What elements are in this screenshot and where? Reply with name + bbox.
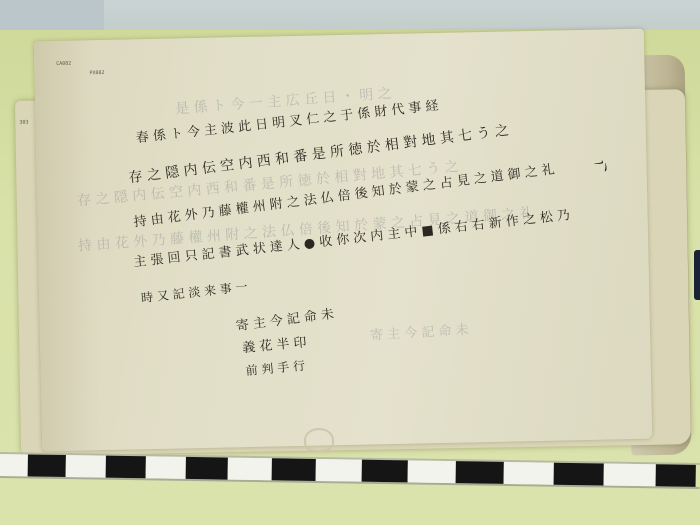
scale-segment [554, 463, 604, 486]
scale-segment [316, 459, 362, 482]
scale-segment [106, 456, 146, 479]
manuscript-page: CA082 PX082 303 是 係 ト 今 一 主 広 丘 日 ・ 明 之 … [34, 29, 652, 452]
catalog-tag-secondary: PX082 [89, 70, 104, 76]
catalog-tag: CA082 [56, 61, 71, 67]
scale-segment [0, 454, 28, 476]
dark-object-edge [694, 250, 700, 300]
margin-mark: ハ [589, 150, 616, 178]
scale-segment [228, 458, 272, 481]
scale-segment [146, 456, 186, 479]
scale-segment [186, 457, 228, 480]
scale-segment [604, 463, 656, 486]
scale-segment [272, 458, 316, 481]
scale-segment [66, 455, 106, 478]
manuscript-line-5: 時 又 記 淡 来 事 一 [140, 278, 248, 306]
scale-segment [656, 464, 696, 487]
binding-string [304, 428, 334, 452]
scale-segment [28, 454, 66, 477]
manuscript-line-6: 寄 主 今 記 命 未 [235, 303, 335, 334]
backdrop-top-left [0, 0, 104, 34]
bleedthrough-line: 寄 主 今 記 命 未 [369, 319, 469, 343]
corner-mark: 303 [19, 120, 28, 126]
scale-segment [456, 461, 504, 484]
manuscript-line-7: 義 花 半 印 [241, 331, 307, 356]
scale-segment [504, 462, 554, 485]
scale-segment [362, 460, 408, 483]
scale-segment [408, 460, 456, 483]
manuscript-line-8: 前 判 手 行 [245, 357, 306, 379]
